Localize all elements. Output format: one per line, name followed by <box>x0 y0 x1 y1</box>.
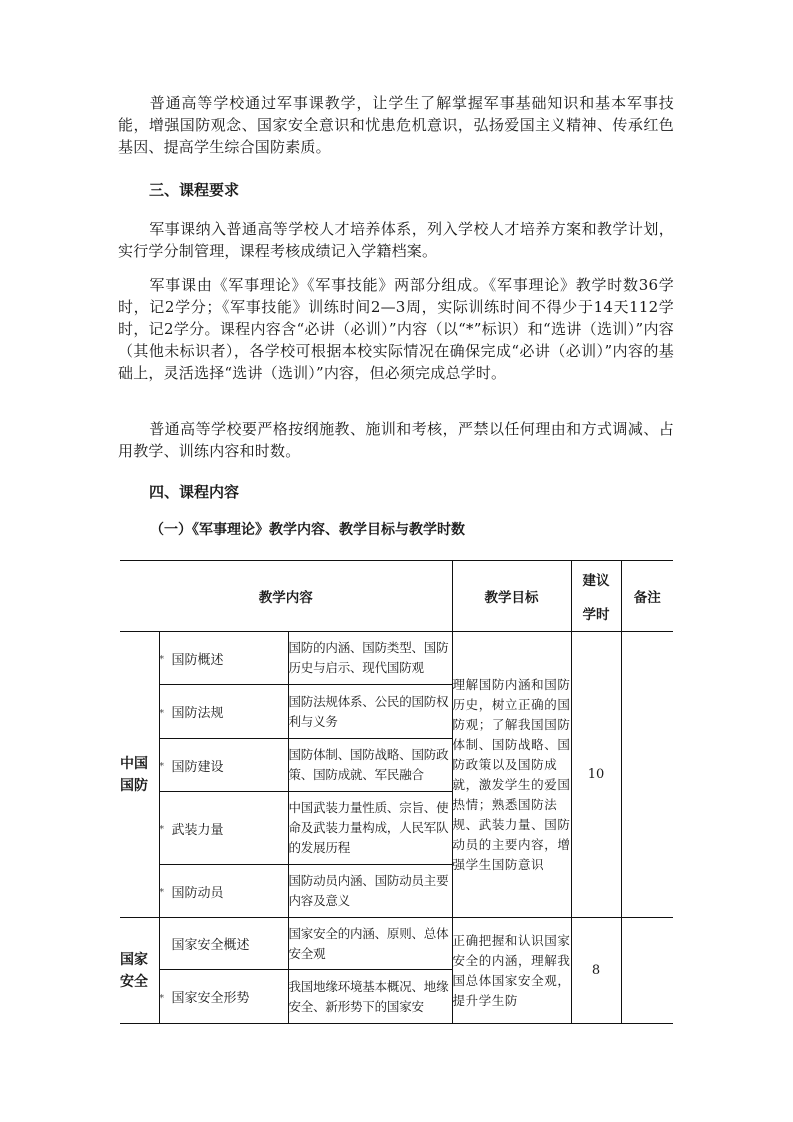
topic-cell: *国防概述 <box>159 632 288 685</box>
header-teaching-content: 教学内容 <box>120 561 452 632</box>
topic-detail: 国家安全的内涵、原则、总体安全观 <box>288 918 452 970</box>
module-hours: 10 <box>571 632 621 918</box>
document-page: 普通高等学校通过军事课教学，让学生了解掌握军事基础知识和基本军事技能，增强国防观… <box>0 0 793 1122</box>
required-star-icon: * <box>160 888 172 898</box>
required-star-icon: * <box>160 709 172 719</box>
topic-cell: *国家安全形势 <box>159 970 288 1024</box>
topic-detail: 我国地缘环境基本概况、地缘安全、新形势下的国家安 <box>288 970 452 1024</box>
topic-name: 国防概述 <box>172 653 224 668</box>
required-star-icon: * <box>160 825 172 835</box>
topic-cell: *国防动员 <box>159 865 288 918</box>
header-remark: 备注 <box>621 561 673 632</box>
paragraph-text: 军事课纳入普通高等学校人才培养体系，列入学校人才培养方案和教学计划，实行学分制管… <box>118 220 674 260</box>
table-header-row: 教学内容 教学目标 建议 学时 备注 <box>120 561 673 632</box>
header-suggested-hours: 建议 学时 <box>571 561 621 632</box>
module-cell-national-defense: 中国 国防 <box>120 632 159 918</box>
module-goal: 理解国防内涵和国防历史，树立正确的国防观；了解我国国防体制、国防战略、国防政策以… <box>452 632 571 918</box>
subsection-heading-theory: （一）《军事理论》教学内容、教学目标与教学时数 <box>150 520 465 540</box>
paragraph-course-composition: 军事课由《军事理论》《军事技能》两部分组成。《军事理论》教学时数36学时，记2学… <box>118 274 674 384</box>
module-hours: 8 <box>571 918 621 1024</box>
topic-cell: *武装力量 <box>159 792 288 865</box>
table-row: 中国 国防 *国防概述 国防的内涵、国防类型、国防历史与启示、现代国防观 理解国… <box>120 632 673 685</box>
paragraph-course-system: 军事课纳入普通高等学校人才培养体系，列入学校人才培养方案和教学计划，实行学分制管… <box>118 218 674 262</box>
topic-name: 国家安全形势 <box>172 991 250 1006</box>
required-star-icon: * <box>160 655 172 665</box>
header-hours-line1: 建议 <box>583 569 610 589</box>
topic-cell: *国防建设 <box>159 739 288 792</box>
section-heading-requirements: 三、课程要求 <box>149 180 239 200</box>
paragraph-text: 军事课由《军事理论》《军事技能》两部分组成。《军事理论》教学时数36学时，记2学… <box>118 276 674 382</box>
header-teaching-goal: 教学目标 <box>452 561 571 632</box>
module-remark <box>621 632 673 918</box>
topic-name: 国防法规 <box>172 706 224 721</box>
module-goal: 正确把握和认识国家安全的内涵，理解我国总体国家安全观，提升学生防 <box>452 918 571 1024</box>
module-name-line1: 国家 <box>120 952 148 968</box>
paragraph-course-goal: 普通高等学校通过军事课教学，让学生了解掌握军事基础知识和基本军事技能，增强国防观… <box>118 92 674 158</box>
required-star-icon: * <box>160 994 172 1004</box>
topic-name: 国防建设 <box>172 760 224 775</box>
section-heading-content: 四、课程内容 <box>149 482 239 502</box>
topic-detail: 国防的内涵、国防类型、国防历史与启示、现代国防观 <box>288 632 452 685</box>
topic-name: 国家安全概述 <box>172 938 250 953</box>
topic-detail: 国防动员内涵、国防动员主要内容及意义 <box>288 865 452 918</box>
paragraph-text: 普通高等学校通过军事课教学，让学生了解掌握军事基础知识和基本军事技能，增强国防观… <box>118 94 674 156</box>
required-star-icon: * <box>160 762 172 772</box>
topic-detail: 国防法规体系、公民的国防权利与义务 <box>288 685 452 739</box>
topic-name: 武装力量 <box>172 823 224 838</box>
table-row: 国家 安全 国家安全概述 国家安全的内涵、原则、总体安全观 正确把握和认识国家安… <box>120 918 673 970</box>
topic-cell: 国家安全概述 <box>159 918 288 970</box>
module-name-line1: 中国 <box>120 756 148 772</box>
module-name-line2: 安全 <box>120 974 148 990</box>
module-remark <box>621 918 673 1024</box>
paragraph-text: 普通高等学校要严格按纲施教、施训和考核，严禁以任何理由和方式调减、占用教学、训练… <box>118 420 674 460</box>
paragraph-strict-teaching: 普通高等学校要严格按纲施教、施训和考核，严禁以任何理由和方式调减、占用教学、训练… <box>118 418 674 462</box>
header-hours-line2: 学时 <box>583 603 610 623</box>
module-name-line2: 国防 <box>120 778 148 794</box>
module-cell-national-security: 国家 安全 <box>120 918 159 1024</box>
topic-name: 国防动员 <box>172 886 224 901</box>
topic-detail: 中国武装力量性质、宗旨、使命及武装力量构成，人民军队的发展历程 <box>288 792 452 865</box>
theory-course-table: 教学内容 教学目标 建议 学时 备注 中国 国防 *国防概述 国防的内 <box>120 560 673 1024</box>
topic-cell: *国防法规 <box>159 685 288 739</box>
topic-detail: 国防体制、国防战略、国防政策、国防成就、军民融合 <box>288 739 452 792</box>
